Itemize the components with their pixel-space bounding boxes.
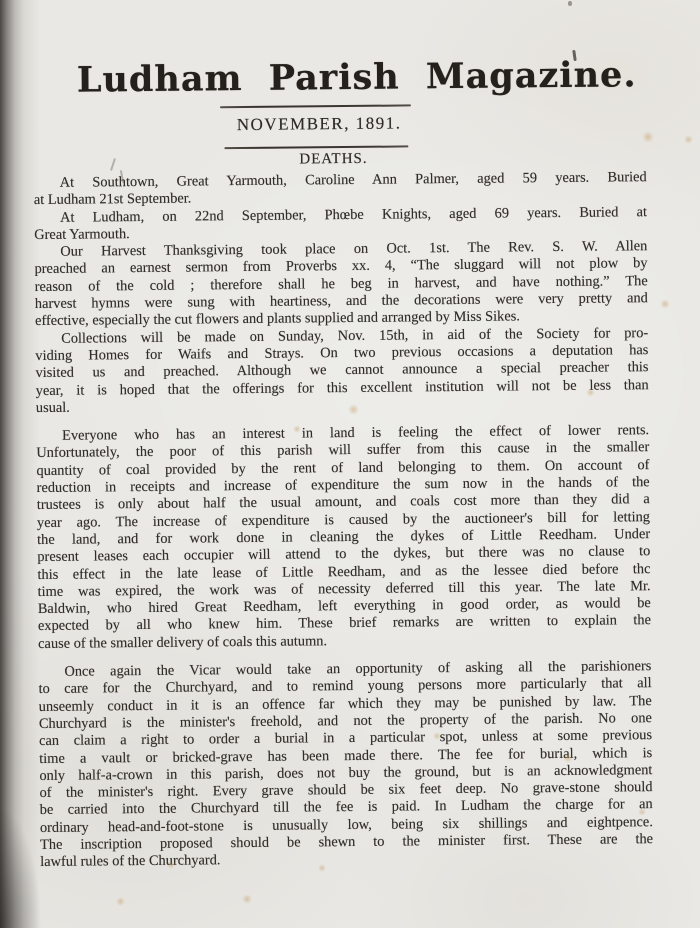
page-content: Ludham Parish Magazine. NOVEMBER, 1891. … [0,0,700,928]
scan-page: Ludham Parish Magazine. NOVEMBER, 1891. … [0,0,700,928]
ornament-rule-top [220,104,411,108]
section-heading-deaths: DEATHS. [233,150,433,169]
paragraph: Collections will be made on Sunday, Nov.… [35,325,649,417]
paragraph: At Southtown, Great Yarmouth, Caroline A… [34,169,647,209]
paragraph: At Ludham, on 22nd September, Phœbe Knig… [34,204,647,244]
ornament-rule-bottom [224,145,408,149]
text-block: At Southtown, Great Yarmouth, Caroline A… [34,169,654,871]
paragraph: Everyone who has an interest in land is … [36,422,651,653]
paragraph: Once again the Vicar would take an oppor… [38,658,653,871]
issue-date: NOVEMBER, 1891. [219,113,419,135]
paragraph: Our Harvest Thanksgiving took place on O… [34,238,648,330]
masthead-title: Ludham Parish Magazine. [7,54,700,102]
